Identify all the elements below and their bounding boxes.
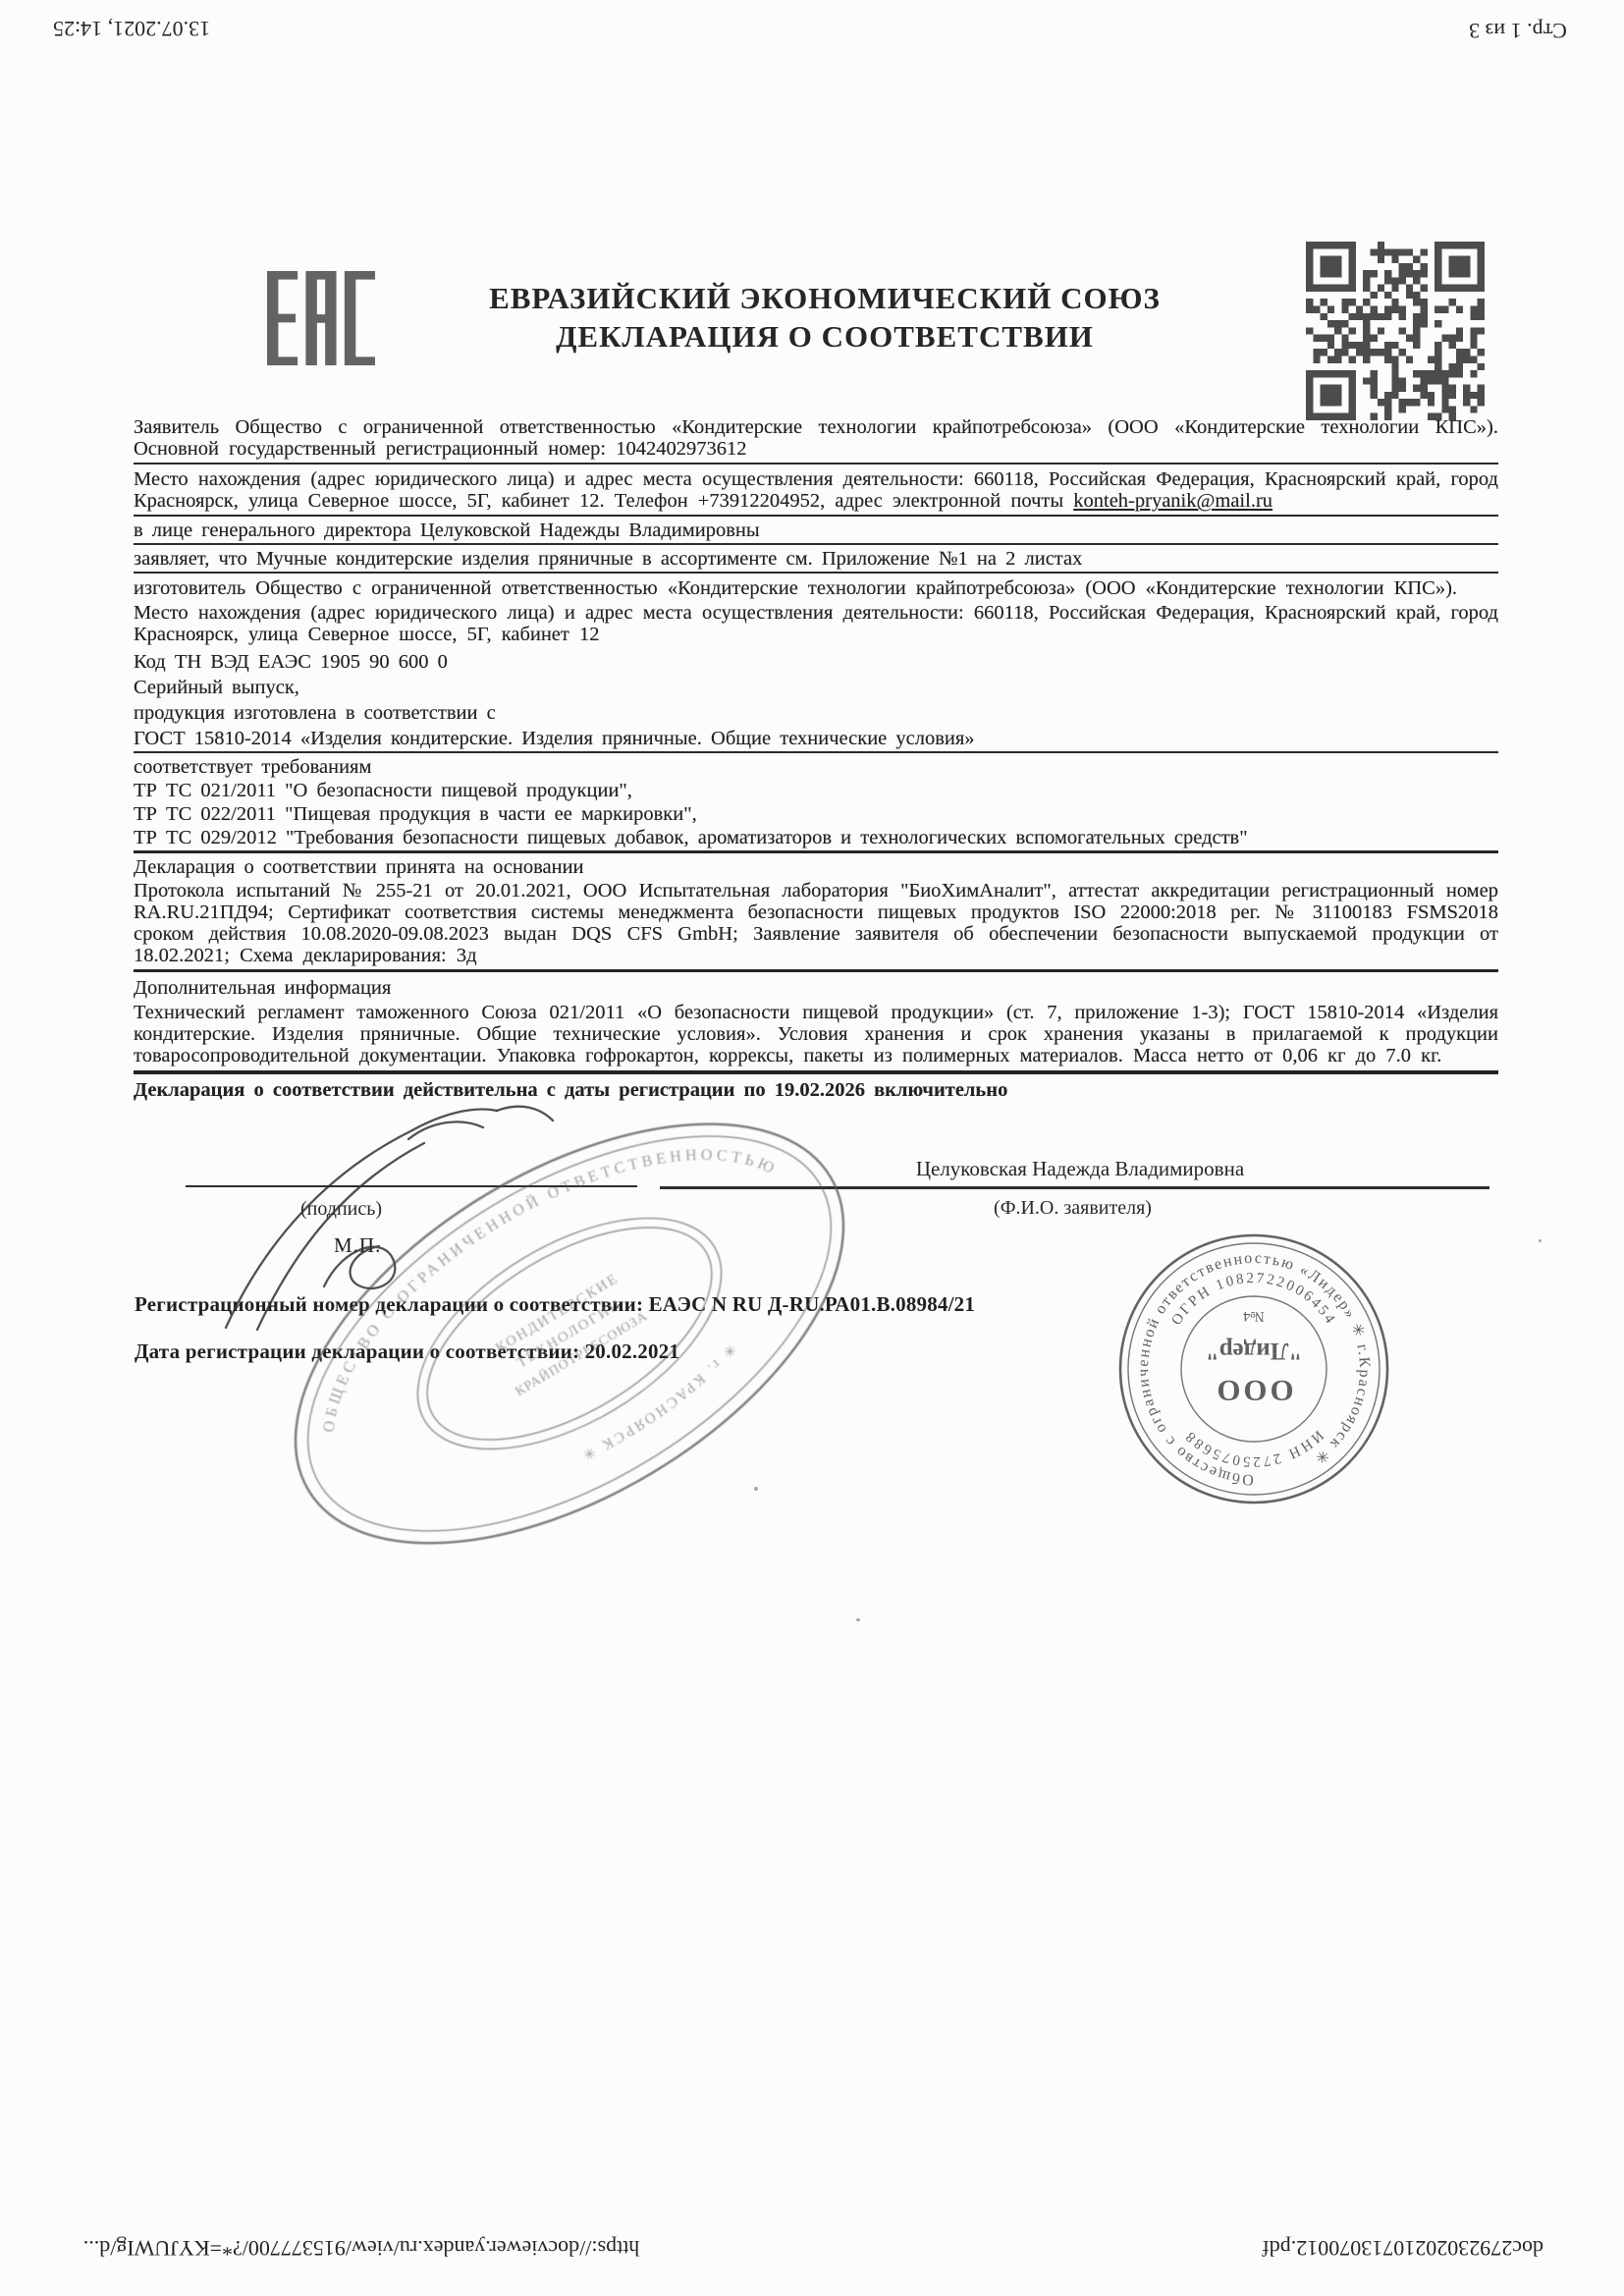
svg-text:ИНН 2725075688: ИНН 2725075688	[1181, 1427, 1326, 1469]
row-gost: ГОСТ 15810-2014 «Изделия кондитерские. И…	[134, 724, 1498, 753]
row-serial-production: Серийный выпуск,	[134, 673, 1498, 698]
row-tnved-code: Код ТН ВЭД ЕАЭС 1905 90 600 0	[134, 647, 1498, 673]
row-manufacturer: изготовитель Общество с ограниченной отв…	[134, 574, 1498, 599]
eac-logo-icon	[267, 271, 375, 365]
union-title: ЕВРАЗИЙСКИЙ ЭКОНОМИЧЕСКИЙ СОЮЗ	[363, 279, 1286, 317]
svg-text:ООО: ООО	[1214, 1374, 1293, 1408]
fio-label: (Ф.И.О. заявителя)	[967, 1197, 1178, 1220]
row-complies-heading: соответствует требованиям	[134, 753, 1498, 778]
row-director: в лице генерального директора Целуковско…	[134, 517, 1498, 545]
email-text: konteh-pryanik@mail.ru	[1073, 490, 1272, 512]
signature-label: (подпись)	[300, 1198, 382, 1221]
registration-date: Дата регистрации декларации о соответств…	[135, 1339, 679, 1364]
svg-text:ОБЩЕСТВО С ОГРАНИЧЕННОЙ ОТВЕТС: ОБЩЕСТВО С ОГРАНИЧЕННОЙ ОТВЕТСТВЕННОСТЬЮ	[271, 1074, 785, 1446]
document-title-block: ЕВРАЗИЙСКИЙ ЭКОНОМИЧЕСКИЙ СОЮЗ ДЕКЛАРАЦИ…	[363, 279, 1286, 355]
row-additional-text: Технический регламент таможенного Союза …	[134, 999, 1498, 1074]
registration-number: Регистрационный номер декларации о соотв…	[135, 1292, 975, 1317]
declaration-title: ДЕКЛАРАЦИЯ О СООТВЕТСТВИИ	[363, 317, 1286, 355]
svg-text:"Лидер": "Лидер"	[1206, 1338, 1302, 1364]
row-trts-022: ТР ТС 022/2011 "Пищевая продукция в част…	[134, 801, 1498, 825]
fio-line	[660, 1186, 1489, 1189]
round-stamp: Общество с ограниченной ответственностью…	[1120, 1235, 1387, 1503]
page-counter: Стр. 1 из 3	[1443, 18, 1593, 43]
row-trts-021: ТР ТС 021/2011 "О безопасности пищевой п…	[134, 778, 1498, 801]
qr-code	[1306, 242, 1485, 420]
applicant-location-text: Место нахождения (адрес юридического лиц…	[134, 468, 1498, 512]
oval-stamp: ОБЩЕСТВО С ОГРАНИЧЕННОЙ ОТВЕТСТВЕННОСТЬЮ…	[225, 1038, 913, 1629]
row-trts-029: ТР ТС 029/2012 "Требования безопасности …	[134, 825, 1498, 853]
row-applicant: Заявитель Общество с ограниченной ответс…	[134, 416, 1498, 465]
print-timestamp: 13.07.2021, 14:25	[27, 16, 236, 41]
row-declares: заявляет, что Мучные кондитерские издели…	[134, 545, 1498, 574]
svg-text:Общество с ограниченной ответс: Общество с ограниченной ответственностью…	[1135, 1250, 1373, 1488]
row-applicant-location: Место нахождения (адрес юридического лиц…	[134, 465, 1498, 517]
row-validity: Декларация о соответствии действительна …	[134, 1074, 1498, 1101]
svg-text:№4: №4	[1243, 1308, 1265, 1324]
source-url: https://docviewer.yandex.ru/view/9153777…	[18, 2235, 705, 2261]
stamp-place-label: М.П.	[334, 1233, 381, 1258]
paper-speck	[754, 1487, 758, 1491]
row-basis-heading: Декларация о соответствии принята на осн…	[134, 853, 1498, 878]
paper-speck	[1539, 1239, 1542, 1242]
signature-line	[186, 1185, 637, 1187]
applicant-fio: Целуковская Надежда Владимировна	[884, 1157, 1276, 1181]
row-additional-heading: Дополнительная информация	[134, 972, 1498, 999]
file-name: doc27923020210713070012.pdf	[1269, 2235, 1543, 2261]
declaration-body: Заявитель Общество с ограниченной ответс…	[134, 416, 1498, 1101]
row-basis-text: Протокола испытаний № 255-21 от 20.01.20…	[134, 878, 1498, 972]
svg-text:ОГРН 1082722006454: ОГРН 1082722006454	[1168, 1271, 1338, 1329]
paper-speck	[856, 1618, 860, 1621]
row-manufacturer-location: Место нахождения (адрес юридического лиц…	[134, 599, 1498, 647]
row-accordance: продукция изготовлена в соответствии с	[134, 698, 1498, 724]
scanned-declaration-page: 13.07.2021, 14:25 Стр. 1 из 3 https://do…	[0, 0, 1624, 2296]
